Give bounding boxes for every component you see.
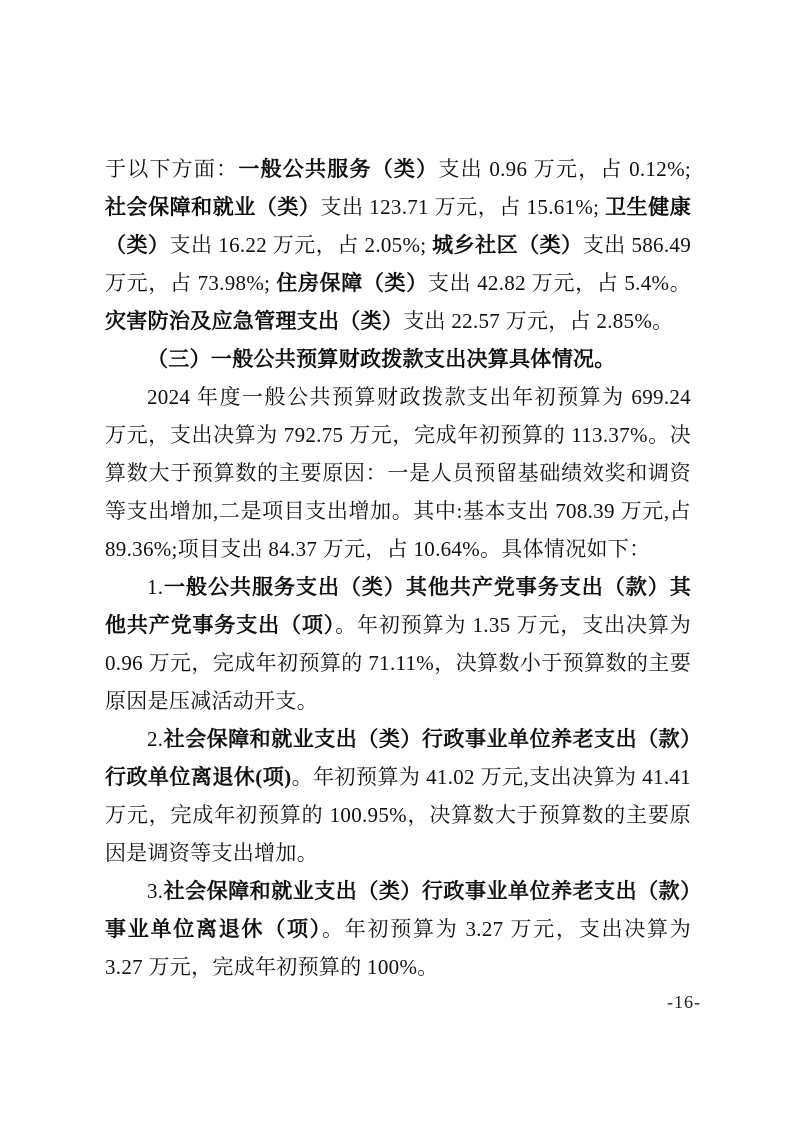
text-run: 3. bbox=[147, 879, 163, 903]
text-run: 城乡社区（类） bbox=[432, 233, 583, 257]
text-block: 于以下方面：一般公共服务（类）支出 0.96 万元，占 0.12%; 社会保障和… bbox=[105, 150, 691, 986]
page-number: -16- bbox=[667, 992, 701, 1013]
text-run: 支出 22.57 万元，占 2.85%。 bbox=[403, 309, 673, 333]
text-run: 1. bbox=[147, 575, 163, 599]
text-run: 2. bbox=[147, 727, 163, 751]
document-page: 于以下方面：一般公共服务（类）支出 0.96 万元，占 0.12%; 社会保障和… bbox=[0, 0, 793, 1122]
paragraph: 2024 年度一般公共预算财政拨款支出年初预算为 699.24 万元，支出决算为… bbox=[105, 378, 691, 568]
paragraph: 1.一般公共服务支出（类）其他共产党事务支出（款）其他共产党事务支出（项）。年初… bbox=[105, 568, 691, 720]
text-run: 支出 16.22 万元，占 2.05%; bbox=[170, 233, 433, 257]
text-run: 灾害防治及应急管理支出（类） bbox=[105, 309, 403, 333]
text-run: 住房保障（类） bbox=[276, 271, 428, 295]
text-run: （三）一般公共预算财政拨款支出决算具体情况。 bbox=[147, 347, 616, 371]
text-run: 支出 123.71 万元，占 15.61%; bbox=[320, 195, 605, 219]
paragraph: 3.社会保障和就业支出（类）行政事业单位养老支出（款）事业单位离退休（项）。年初… bbox=[105, 872, 691, 986]
paragraph: 2.社会保障和就业支出（类）行政事业单位养老支出（款）行政单位离退休(项)。年初… bbox=[105, 720, 691, 872]
text-run: 支出 42.82 万元，占 5.4%。 bbox=[428, 271, 691, 295]
text-run: 支出 0.96 万元，占 0.12%; bbox=[438, 157, 691, 181]
paragraph: （三）一般公共预算财政拨款支出决算具体情况。 bbox=[105, 340, 691, 378]
text-run: 2024 年度一般公共预算财政拨款支出年初预算为 699.24 万元，支出决算为… bbox=[105, 385, 691, 561]
text-run: 社会保障和就业（类） bbox=[105, 195, 320, 219]
text-run: 于以下方面： bbox=[105, 157, 238, 181]
paragraph: 于以下方面：一般公共服务（类）支出 0.96 万元，占 0.12%; 社会保障和… bbox=[105, 150, 691, 340]
text-run: 一般公共服务（类） bbox=[238, 157, 438, 181]
